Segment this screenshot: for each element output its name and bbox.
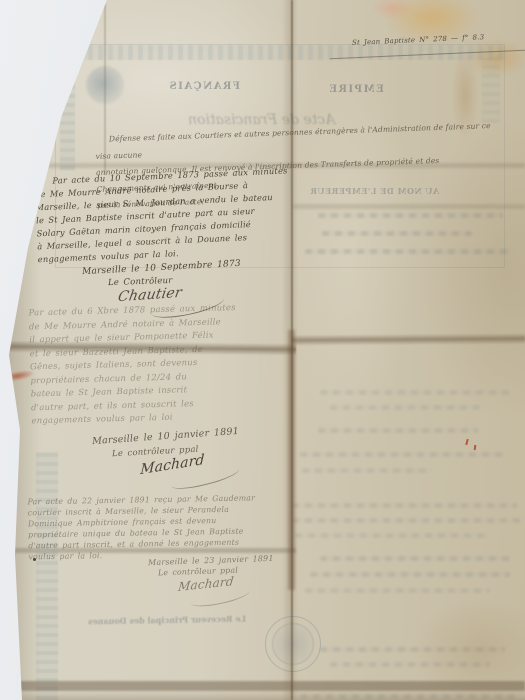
guilloche-border-top <box>58 45 505 60</box>
red-check-mark <box>474 445 477 450</box>
mirrored-francais-text: FRANÇAIS <box>168 81 240 92</box>
mirrored-receveur-text: Le Receveur Principal des Douanes <box>88 614 246 627</box>
parchment-document: EMPIRE FRANÇAIS Acte de Francisation AU … <box>0 0 525 700</box>
bleedthrough-line <box>322 231 472 236</box>
entry-1891b-paragraph: Par acte du 22 janvier 1891 reçu par Me … <box>27 492 300 563</box>
bleedthrough-line <box>318 428 478 433</box>
ink-speck <box>33 558 36 561</box>
bleedthrough-line <box>305 249 510 254</box>
mirrored-empire-text: EMPIRE <box>328 84 384 95</box>
customs-seal-inner <box>272 623 314 665</box>
ink-speck <box>12 652 14 654</box>
bleedthrough-line <box>305 588 490 593</box>
bleedthrough-line <box>300 452 505 457</box>
bleedthrough-line <box>300 694 515 699</box>
horizontal-fold <box>292 333 525 346</box>
bleedthrough-line <box>292 518 520 523</box>
bleedthrough-line <box>292 503 517 508</box>
entry-1891-place-date: Marseille le 10 janvier 1891 <box>92 426 239 447</box>
bleedthrough-line <box>310 572 510 577</box>
bleedthrough-line <box>302 468 432 473</box>
red-check-mark <box>465 439 468 445</box>
vertical-fold <box>291 0 293 700</box>
entry-1878-paragraph: Par acte du 6 Xbre 1878 passé aux minute… <box>28 301 289 429</box>
bleedthrough-line <box>320 647 505 652</box>
entry-1873-paragraph: Par acte du 10 Septembre 1873 passé aux … <box>34 165 283 267</box>
photo-of-document: EMPIRE FRANÇAIS Acte de Francisation AU … <box>0 0 525 700</box>
bleedthrough-line <box>318 213 503 218</box>
guilloche-border-right <box>482 58 500 123</box>
corner-ornament <box>86 66 124 104</box>
bleedthrough-line <box>320 390 510 395</box>
bleedthrough-line <box>295 533 490 538</box>
customs-seal <box>265 616 321 672</box>
guilloche-border-lower-left <box>36 452 58 700</box>
guilloche-border-left <box>60 58 75 170</box>
horizontal-fold <box>0 681 525 691</box>
bleedthrough-line <box>330 405 480 410</box>
bleedthrough-line <box>330 662 490 667</box>
bleedthrough-line <box>320 556 510 561</box>
